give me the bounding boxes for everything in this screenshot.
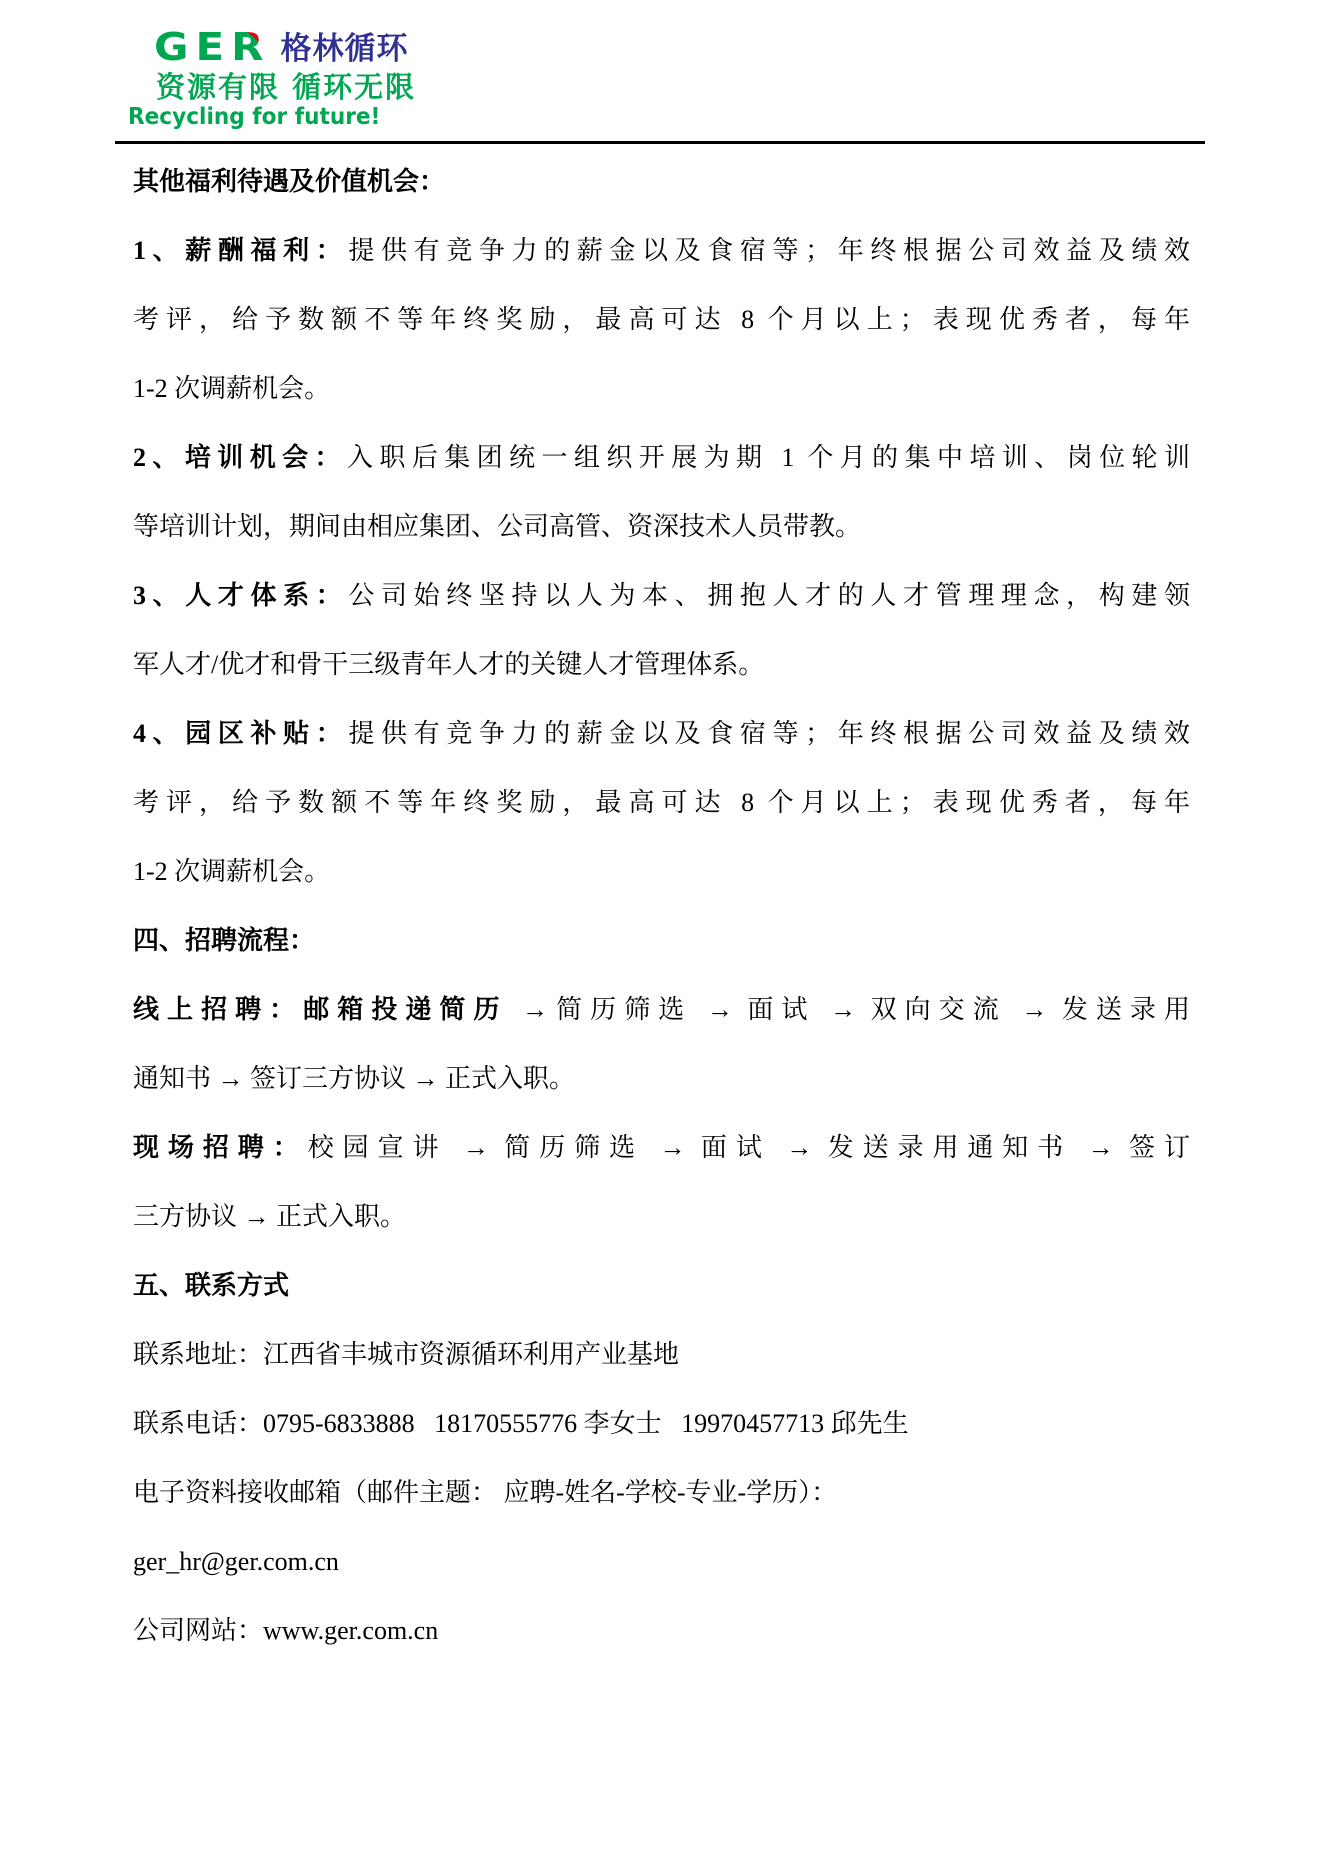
text-segment: 考评，给予数额不等年终奖励，最高可达 8 个月以上；表现优秀者，每年 (133, 305, 1190, 334)
benefits-heading: 其他福利待遇及价值机会： (133, 147, 1190, 216)
text-segment: 联系电话：0795-6833888 18170555776 李女士 199704… (133, 1409, 909, 1438)
text-segment: 三方协议 → 正式入职。 (133, 1202, 406, 1231)
text-segment: 公司网站：www.ger.com.cn (133, 1616, 438, 1645)
onsite-recruitment-line-2: 三方协议 → 正式入职。 (133, 1182, 1190, 1251)
text-segment: 提供有竞争力的薪金以及食宿等；年终根据公司效益及绩效 (348, 719, 1190, 748)
logo-ger-wordmark: GER (154, 30, 271, 65)
bold-text-segment: 1、薪酬福利： (133, 236, 348, 265)
benefit-2-line-2: 等培训计划，期间由相应集团、公司高管、资深技术人员带教。 (133, 492, 1190, 561)
bold-text-segment: 五、联系方式 (133, 1271, 289, 1300)
text-segment: ger_hr@ger.com.cn (133, 1547, 339, 1576)
benefit-2-line-1: 2、培训机会：入职后集团统一组织开展为期 1 个月的集中培训、岗位轮训 (133, 423, 1190, 492)
benefit-3-line-1: 3、人才体系：公司始终坚持以人为本、拥抱人才的人才管理理念，构建领 (133, 561, 1190, 630)
benefit-1-line-2: 考评，给予数额不等年终奖励，最高可达 8 个月以上；表现优秀者，每年 (133, 285, 1190, 354)
logo-slogan-chinese: 资源有限 循环无限 (156, 73, 416, 102)
bold-text-segment: 4、园区补贴： (133, 719, 348, 748)
contact-email: ger_hr@ger.com.cn (133, 1527, 1190, 1596)
benefit-4-line-3: 1-2 次调薪机会。 (133, 837, 1190, 906)
bold-text-segment: 四、招聘流程： (133, 926, 315, 955)
text-segment: 公司始终坚持以人为本、拥抱人才的人才管理理念，构建领 (348, 581, 1190, 610)
logo-slogan-english: Recycling for future! (128, 106, 399, 129)
recruitment-process-heading: 四、招聘流程： (133, 906, 1190, 975)
bold-text-segment: 3、人才体系： (133, 581, 348, 610)
text-segment: 考评，给予数额不等年终奖励，最高可达 8 个月以上；表现优秀者，每年 (133, 788, 1190, 817)
benefit-4-line-1: 4、园区补贴：提供有竞争力的薪金以及食宿等；年终根据公司效益及绩效 (133, 699, 1190, 768)
text-segment: 通知书 → 签订三方协议 → 正式入职。 (133, 1064, 575, 1093)
benefit-1-line-1: 1、薪酬福利：提供有竞争力的薪金以及食宿等；年终根据公司效益及绩效 (133, 216, 1190, 285)
benefit-1-line-3: 1-2 次调薪机会。 (133, 354, 1190, 423)
text-segment: 提供有竞争力的薪金以及食宿等；年终根据公司效益及绩效 (348, 236, 1190, 265)
text-segment: →简历筛选 → 面试 → 双向交流 → 发送录用 (508, 995, 1190, 1024)
bold-text-segment: 现场招聘： (133, 1133, 308, 1162)
text-segment: 军人才/优才和骨干三级青年人才的关键人才管理体系。 (133, 650, 764, 679)
logo-ger-r: R (231, 24, 270, 69)
contact-email-label: 电子资料接收邮箱（邮件主题： 应聘-姓名-学校-专业-学历）： (133, 1458, 1190, 1527)
benefit-4-line-2: 考评，给予数额不等年终奖励，最高可达 8 个月以上；表现优秀者，每年 (133, 768, 1190, 837)
online-recruitment-line-1: 线上招聘：邮箱投递简历 →简历筛选 → 面试 → 双向交流 → 发送录用 (133, 975, 1190, 1044)
contact-address: 联系地址：江西省丰城市资源循环利用产业基地 (133, 1320, 1190, 1389)
text-segment: 联系地址：江西省丰城市资源循环利用产业基地 (133, 1340, 679, 1369)
text-segment: 1-2 次调薪机会。 (133, 374, 330, 403)
document-page: GER 格林循环 资源有限 循环无限 Recycling for future!… (0, 0, 1323, 1871)
logo-company-cn-name: 格林循环 (281, 32, 409, 66)
contact-phone: 联系电话：0795-6833888 18170555776 李女士 199704… (133, 1389, 1190, 1458)
benefit-3-line-2: 军人才/优才和骨干三级青年人才的关键人才管理体系。 (133, 630, 1190, 699)
contact-heading: 五、联系方式 (133, 1251, 1190, 1320)
text-segment: 电子资料接收邮箱（邮件主题： 应聘-姓名-学校-专业-学历）： (133, 1478, 837, 1507)
document-body: 其他福利待遇及价值机会：1、薪酬福利：提供有竞争力的薪金以及食宿等；年终根据公司… (133, 147, 1190, 1665)
text-segment: 等培训计划，期间由相应集团、公司高管、资深技术人员带教。 (133, 512, 861, 541)
text-segment: 校园宣讲 → 简历筛选 → 面试 → 发送录用通知书 → 签订 (308, 1133, 1190, 1162)
header-divider (115, 141, 1205, 144)
bold-text-segment: 2、培训机会： (133, 443, 347, 472)
contact-website: 公司网站：www.ger.com.cn (133, 1596, 1190, 1665)
company-logo: GER 格林循环 资源有限 循环无限 Recycling for future! (128, 28, 416, 129)
logo-top-row: GER 格林循环 (154, 28, 416, 66)
bold-text-segment: 其他福利待遇及价值机会： (133, 167, 445, 196)
bold-text-segment: 线上招聘：邮箱投递简历 (133, 995, 508, 1024)
text-segment: 入职后集团统一组织开展为期 1 个月的集中培训、岗位轮训 (347, 443, 1190, 472)
logo-ger-ge: GE (154, 24, 231, 69)
onsite-recruitment-line-1: 现场招聘：校园宣讲 → 简历筛选 → 面试 → 发送录用通知书 → 签订 (133, 1113, 1190, 1182)
online-recruitment-line-2: 通知书 → 签订三方协议 → 正式入职。 (133, 1044, 1190, 1113)
text-segment: 1-2 次调薪机会。 (133, 857, 330, 886)
